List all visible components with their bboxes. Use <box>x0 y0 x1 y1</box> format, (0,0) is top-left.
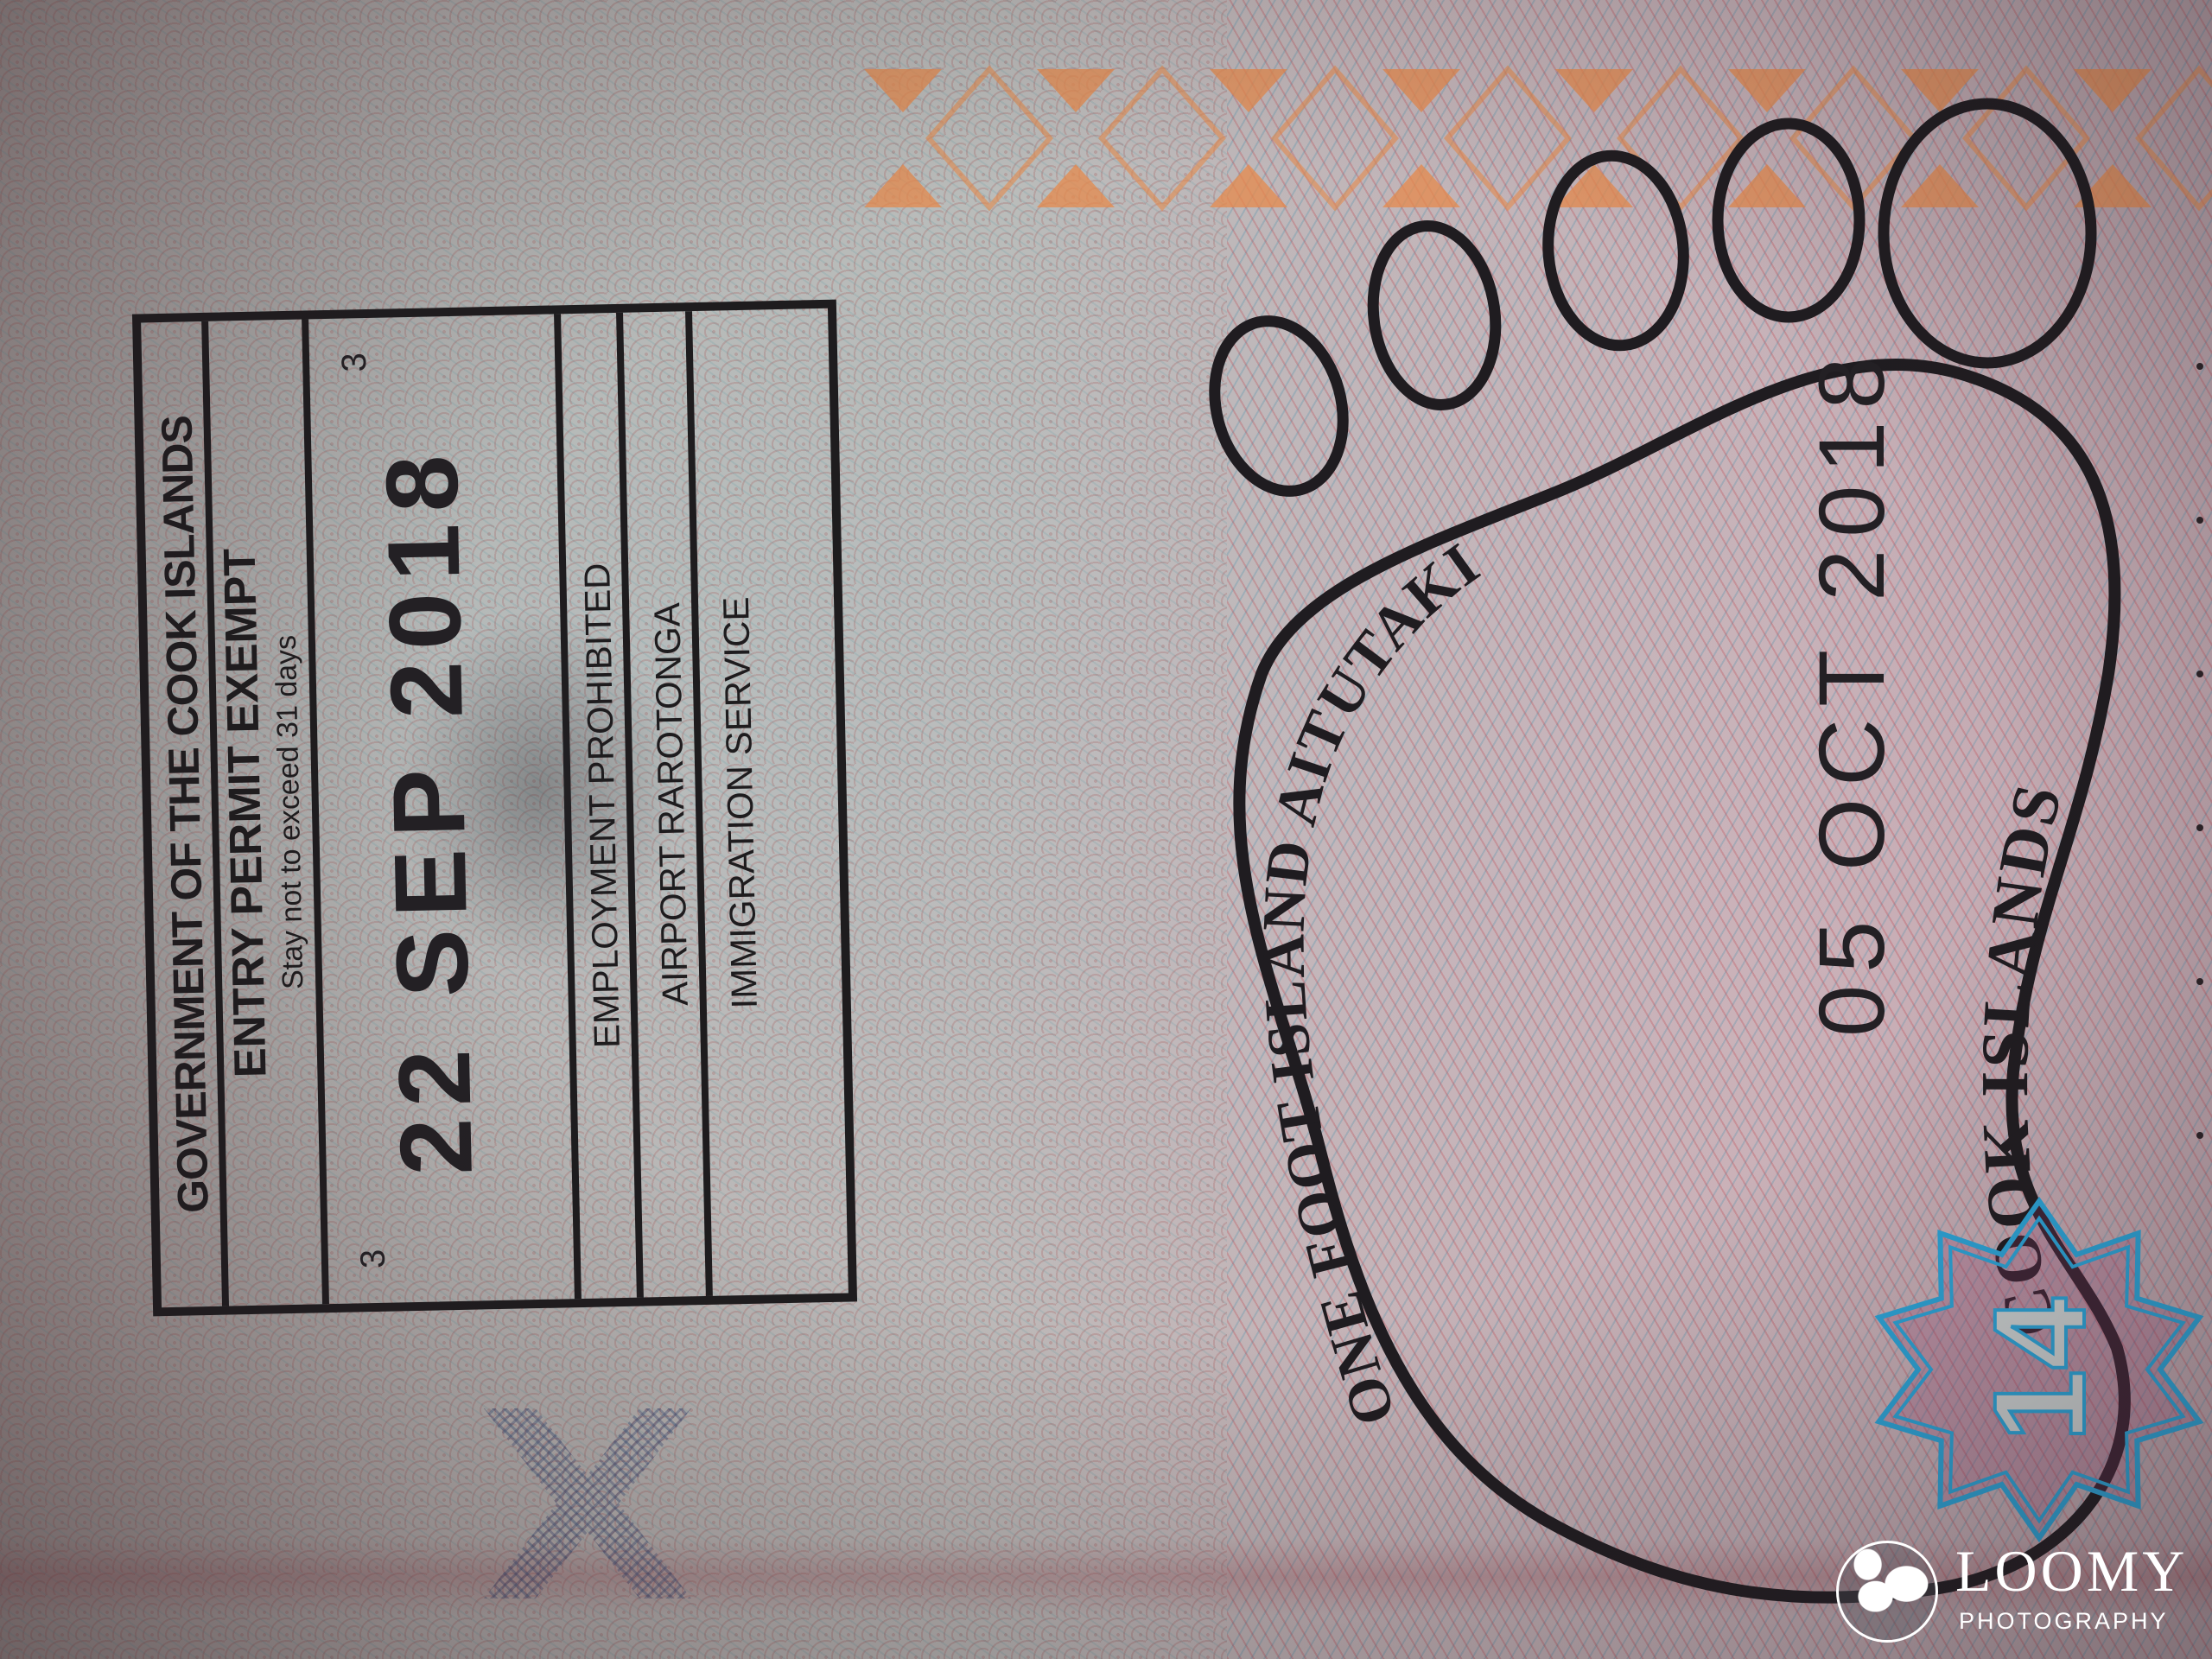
toe-icon <box>1718 124 1859 317</box>
toe-icon <box>1197 307 1362 505</box>
entry-permit-stamp: GOVERNMENT OF THE COOK ISLANDS ENTRY PER… <box>132 300 857 1317</box>
stamp-date: 22 SEP 2018 <box>360 315 499 1303</box>
watermark-subtitle: PHOTOGRAPHY <box>1959 1608 2169 1635</box>
stamp-line-airport: AIRPORT RAROTONGA <box>630 311 713 1297</box>
stamp-arc-text: ONE FOOT ISLAND AITUTAKI <box>1250 531 1492 1433</box>
toe-icon <box>1541 150 1692 352</box>
stamp-date: 05 OCT 2018 <box>1799 346 1904 1037</box>
binding-perforation <box>2196 363 2205 1313</box>
toe-icon <box>1362 218 1507 412</box>
page-number: 14 <box>1967 1298 2112 1442</box>
passport-page: GOVERNMENT OF THE COOK ISLANDS ENTRY PER… <box>0 0 2212 1659</box>
globe-icon <box>1836 1541 1938 1643</box>
stamp-date-area: 3 3 22 SEP 2018 <box>302 314 582 1304</box>
photographer-watermark: LOOMY PHOTOGRAPHY <box>1836 1534 2208 1646</box>
stamp-line-immigration: IMMIGRATION SERVICE <box>699 309 782 1295</box>
watermark-name: LOOMY <box>1955 1541 2188 1601</box>
toe-icon <box>1884 104 2091 363</box>
page-number-badge: 14 <box>1866 1197 2212 1542</box>
